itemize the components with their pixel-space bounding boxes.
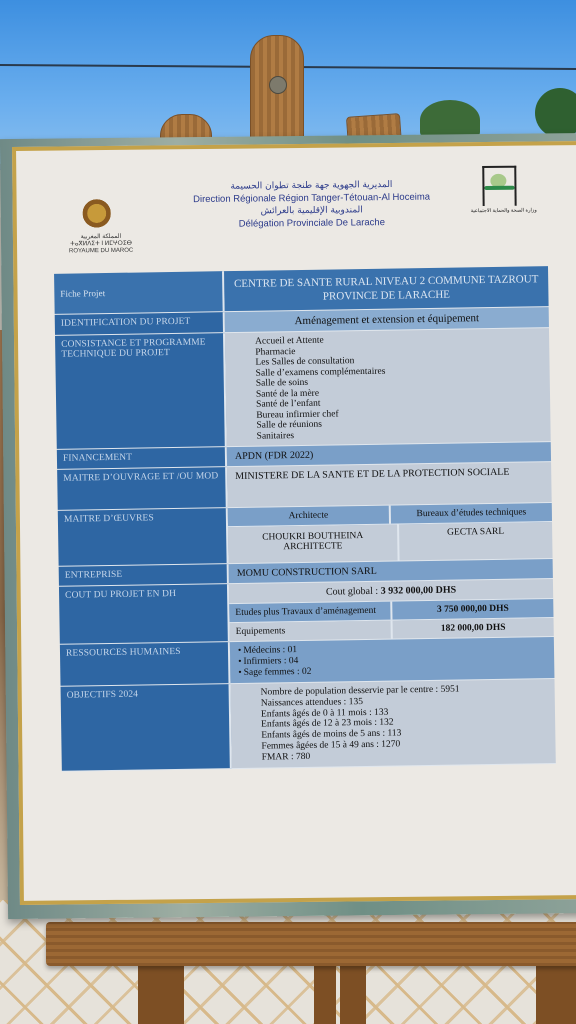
architect-value: CHOUKRI BOUTHEINA ARCHITECTE bbox=[228, 524, 400, 563]
row-label: MAITRE D’ŒUVRES bbox=[58, 508, 229, 566]
bet-value: GECTA SARL bbox=[399, 522, 553, 560]
ministry-caption: وزارة الصحة والحماية الاجتماعية bbox=[469, 207, 539, 214]
project-table: Fiche Projet CENTRE DE SANTE RURAL NIVEA… bbox=[54, 266, 556, 771]
picture-frame: المملكة المغربية ⵜⴰⴳⵍⴷⵉⵜ ⵏ ⵍⵎⵖⵔⵉⴱ ROYAUM… bbox=[0, 133, 576, 919]
issuing-authority: المديرية الجهوية جهة طنجة تطوان الحسيمة … bbox=[186, 179, 437, 232]
row-label: COUT DU PROJET EN DH bbox=[59, 584, 230, 644]
kingdom-caption-fr: ROYAUME DU MAROC bbox=[61, 248, 141, 256]
ministry-of-health-logo-icon bbox=[482, 166, 516, 206]
easel-ledge bbox=[46, 922, 576, 966]
staff-list: Médecins : 01 Infirmiers : 04 Sage femme… bbox=[230, 637, 555, 683]
cost-global-label: Cout global : bbox=[326, 586, 381, 598]
row-value: MINISTERE DE LA SANTE ET DE LA PROTECTIO… bbox=[227, 462, 552, 507]
easel-leg bbox=[340, 965, 366, 1024]
table-row-cout: COUT DU PROJET EN DH Cout global : 3 932… bbox=[59, 579, 554, 645]
frame-gold-border: المملكة المغربية ⵜⴰⴳⵍⴷⵉⵜ ⵏ ⵍⵎⵖⵔⵉⴱ ROYAUM… bbox=[12, 141, 576, 905]
easel-leg bbox=[138, 965, 184, 1024]
sheet-header: المملكة المغربية ⵜⴰⴳⵍⴷⵉⵜ ⵏ ⵍⵎⵖⵔⵉⴱ ROYAUM… bbox=[16, 145, 576, 251]
bet-header: Bureaux d’études techniques bbox=[391, 503, 552, 524]
project-title: CENTRE DE SANTE RURAL NIVEAU 2 COMMUNE T… bbox=[224, 266, 549, 311]
row-label: IDENTIFICATION DU PROJET bbox=[55, 312, 225, 335]
table-row-consistance: CONSISTANCE ET PROGRAMME TECHNIQUE DU PR… bbox=[55, 328, 551, 450]
table-row-maitre-oeuvres: MAITRE D’ŒUVRES Architecte Bureaux d’étu… bbox=[58, 503, 553, 567]
easel-leg bbox=[314, 965, 336, 1024]
kingdom-caption: المملكة المغربية ⵜⴰⴳⵍⴷⵉⵜ ⵏ ⵍⵎⵖⵔⵉⴱ ROYAUM… bbox=[61, 234, 141, 256]
regional-direction-fr: Direction Régionale Région Tanger-Tétoua… bbox=[187, 191, 437, 207]
table-row-objectifs: OBJECTIFS 2024 Nombre de population dess… bbox=[61, 679, 556, 771]
project-sheet: المملكة المغربية ⵜⴰⴳⵍⴷⵉⵜ ⵏ ⵍⵎⵖⵔⵉⴱ ROYAUM… bbox=[16, 145, 576, 901]
oeuvres-values: CHOUKRI BOUTHEINA ARCHITECTE GECTA SARL bbox=[228, 522, 553, 563]
logo-swoosh bbox=[484, 186, 514, 190]
cost-global-value: 3 932 000,00 DHS bbox=[381, 585, 457, 597]
moroccan-royal-coat-of-arms-icon bbox=[83, 198, 111, 232]
sheet-label: Fiche Projet bbox=[54, 271, 225, 314]
cost-line-label: Etudes plus Travaux d’aménagement bbox=[229, 602, 392, 623]
row-label: RESSOURCES HUMAINES bbox=[60, 642, 231, 686]
row-label: CONSISTANCE ET PROGRAMME TECHNIQUE DU PR… bbox=[55, 333, 227, 449]
cost-line-label: Equipements bbox=[230, 621, 393, 642]
cost-line-value: 182 000,00 DHS bbox=[393, 618, 554, 639]
easel-leg bbox=[536, 965, 576, 1024]
objectives-list: Nombre de population desservie par le ce… bbox=[231, 679, 556, 768]
row-label: MAITRE D’OUVRAGE ET /OU MOD bbox=[57, 467, 228, 510]
cost-line-value: 3 750 000,00 DHS bbox=[392, 599, 553, 620]
program-list: Accueil et Attente Pharmacie Les Salles … bbox=[225, 328, 551, 446]
row-label: OBJECTIFS 2024 bbox=[61, 684, 232, 770]
row-label: ENTREPRISE bbox=[59, 564, 229, 586]
cost-grid: Cout global : 3 932 000,00 DHS Etudes pl… bbox=[229, 579, 554, 641]
provincial-delegation-fr: Délégation Provinciale De Larache bbox=[187, 216, 437, 232]
row-label: FINANCEMENT bbox=[57, 447, 227, 469]
oeuvres-grid: Architecte Bureaux d’études techniques C… bbox=[228, 503, 553, 563]
architect-header: Architecte bbox=[228, 506, 391, 527]
screw-icon bbox=[269, 76, 287, 94]
